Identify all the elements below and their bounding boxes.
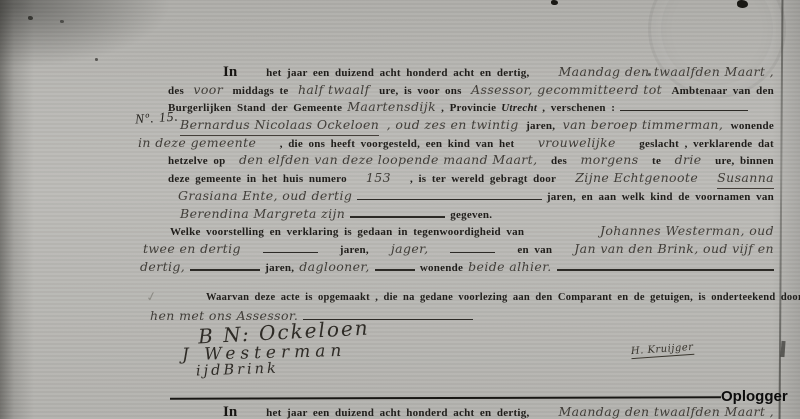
ink-speck (60, 20, 64, 23)
blank-rule (450, 252, 495, 253)
handwritten-text: Zijne Echtgenoote (575, 169, 698, 187)
handwritten-text: van beroep timmerman, (563, 116, 724, 134)
handwritten-text: , oud zes en twintig (387, 116, 519, 134)
act-separator-rule (170, 396, 721, 399)
child-name: Berendina Margreta zijn (180, 205, 345, 223)
printed-text: des (168, 83, 184, 101)
handwritten-text: voor (193, 81, 223, 99)
printed-text: Waarvan deze acte is opgemaakt , die na … (206, 289, 800, 307)
blank-rule (190, 269, 260, 270)
printed-text: gegeven. (450, 207, 492, 225)
ink-speck (95, 58, 98, 61)
drop-cap: In (223, 64, 237, 82)
act-line-5: in deze gemeente , die ons heeft voorges… (138, 134, 774, 152)
signature-official: H. Kruijger (631, 342, 694, 359)
act-line-1: In het jaar een duizend acht honderd ach… (223, 63, 774, 81)
act-line-11: twee en dertig jaren, jager, en van Jan … (143, 240, 774, 258)
witness2-name: Jan van den Brink, oud vijf en (574, 240, 774, 258)
printed-text: wonende (420, 260, 463, 278)
act-line-3: Burgerlijken Stand der Gemeente Maartens… (168, 98, 774, 116)
blank-rule (375, 269, 415, 270)
handwritten-text: beide alhier. (468, 258, 551, 276)
ink-speck (28, 16, 33, 20)
handwritten-text: den elfden van deze loopende maand Maart… (239, 151, 538, 169)
witness2-occupation: daglooner, (299, 258, 370, 276)
act-line-8: Grasiana Ente, oud dertig jaren, en aan … (178, 187, 774, 205)
act-line-2: des voor middags te half twaalf ure, is … (168, 81, 774, 99)
mother-name: Susanna (717, 169, 774, 189)
printed-text: hetzelve op (168, 153, 225, 171)
handwritten-text: half twaalf (298, 81, 370, 99)
document-scan: ✓ Nº. 15. In het jaar een duizend acht h… (0, 0, 800, 419)
printed-text: , is ter wereld gebragt door (410, 171, 556, 189)
act-line-6: hetzelve op den elfden van deze loopende… (168, 151, 774, 169)
handwritten-text: dertig, (140, 258, 185, 276)
house-number: 153 (366, 169, 391, 187)
handwritten-text: Maandag den twaalfden Maart , (558, 403, 774, 419)
printed-text: jaren, en aan welk kind de voornamen van (547, 189, 774, 207)
blank-rule (263, 252, 318, 253)
ink-speck (737, 0, 748, 8)
act-line-12: dertig, jaren, daglooner, wonende beide … (140, 258, 774, 276)
pencil-check-mark: ✓ (144, 288, 158, 306)
ink-speck (551, 0, 558, 5)
next-act-partial: In het jaar een duizend acht honderd ach… (168, 403, 774, 419)
printed-text: middags te (233, 83, 289, 101)
printed-text: des (551, 153, 567, 171)
printed-text: het jaar een duizend acht honderd acht e… (266, 405, 529, 419)
act-line-13: Waarvan deze acte is opgemaakt , die na … (206, 289, 774, 307)
blank-rule (350, 216, 445, 217)
handwritten-text: drie (675, 151, 702, 169)
mother-name-continued: Grasiana Ente, oud dertig (178, 187, 352, 205)
handwritten-text: morgens (581, 151, 639, 169)
blank-rule (620, 110, 748, 111)
drop-cap: In (223, 404, 237, 419)
handwritten-text: Assessor, gecommitteerd tot (471, 81, 662, 99)
handwritten-text: twee en dertig (143, 240, 241, 258)
handwritten-text: Maandag den twaalfden Maart , (558, 63, 774, 81)
blank-rule (357, 199, 542, 200)
act-line-4: Bernardus Nicolaas Ockeloen , oud zes en… (180, 116, 774, 134)
handwritten-text: Maartensdijk (347, 98, 436, 116)
handwritten-text: vrouwelijke (538, 134, 616, 152)
act-body: In het jaar een duizend acht honderd ach… (168, 63, 774, 325)
printed-text: Ambtenaar van den (671, 83, 774, 101)
act-line-9: Berendina Margreta zijn gegeven. (180, 205, 774, 223)
edge-blot (780, 341, 785, 357)
printed-text: wonende (731, 118, 774, 136)
witness1-name: Johannes Westerman, oud (600, 222, 774, 240)
handwritten-text: in deze gemeente (138, 134, 256, 152)
witness1-occupation: jager, (391, 240, 429, 258)
act-line-10: Welke voorstelling en verklaring is geda… (170, 222, 774, 240)
act-line-7: deze gemeente in het huis numero 153 , i… (168, 169, 774, 187)
signature-witness2: ijdBrink (196, 361, 279, 380)
blank-rule (557, 269, 774, 270)
next-act-line-1: In het jaar een duizend acht honderd ach… (223, 403, 774, 419)
printed-text: geslacht , verklarende dat (639, 136, 774, 154)
printed-text: jaren, (265, 260, 294, 278)
